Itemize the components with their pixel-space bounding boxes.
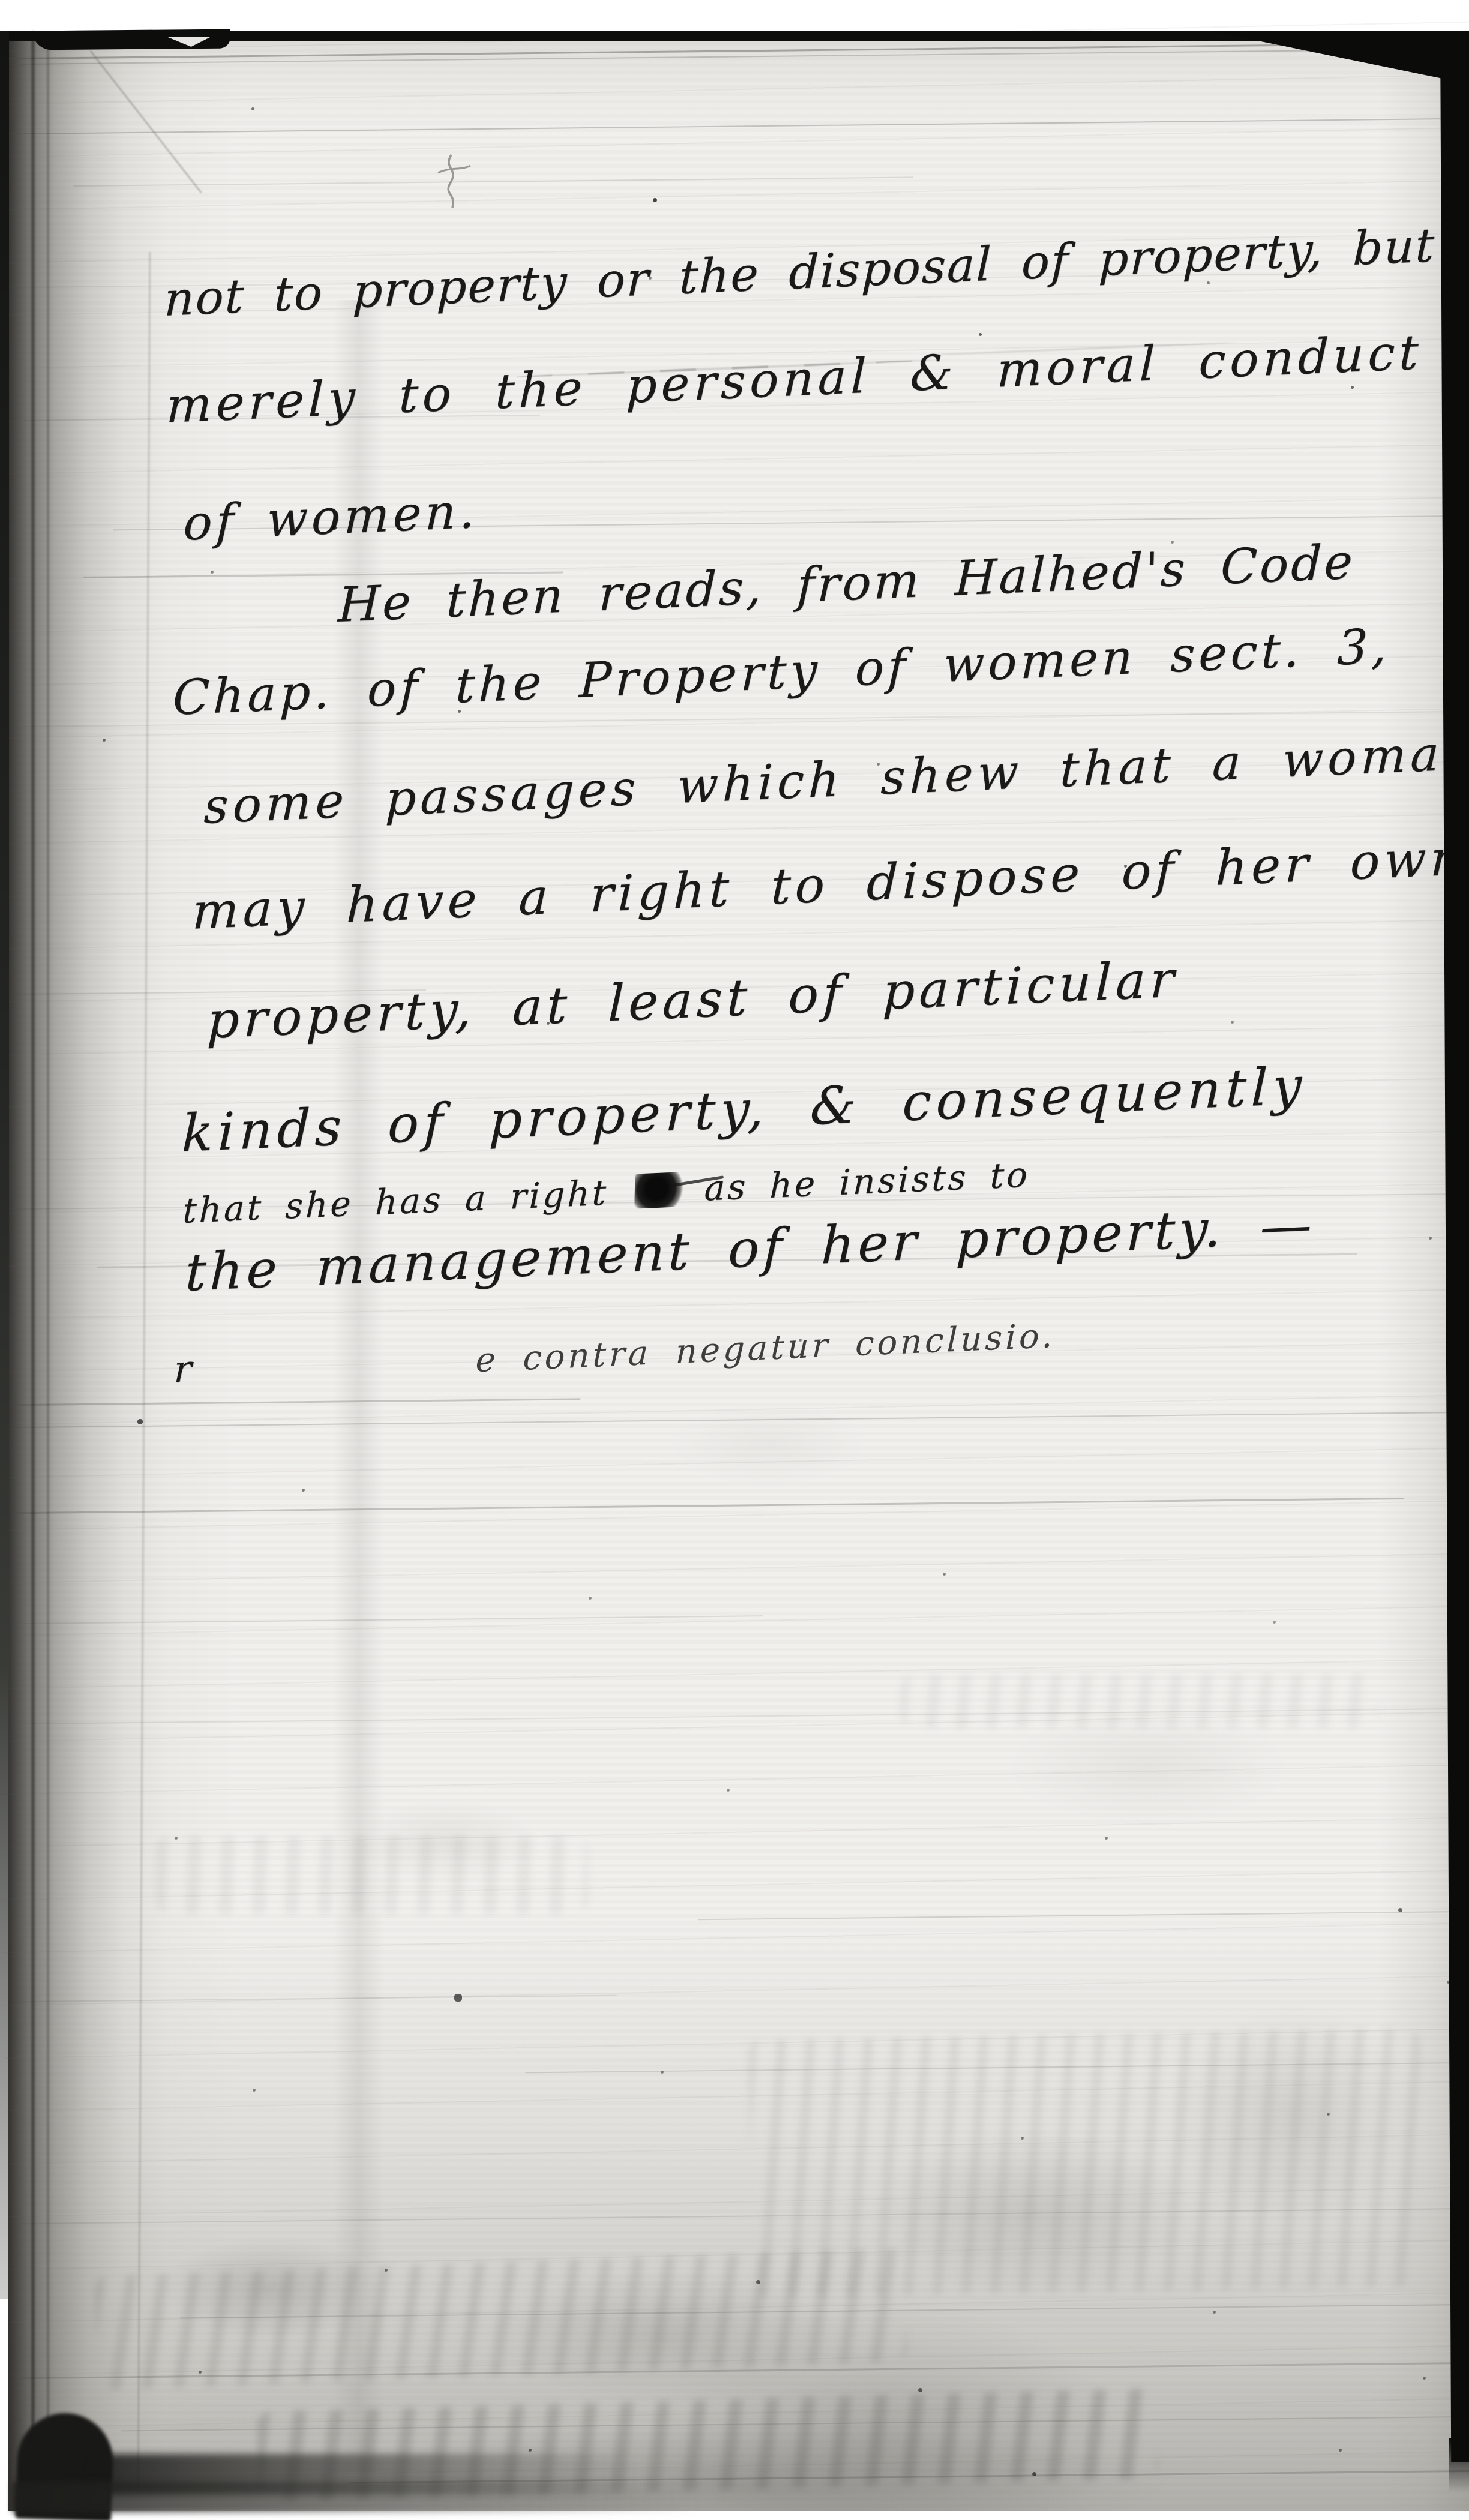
handwritten-phrase: as he insists to [704, 1157, 1030, 1205]
handwritten-line: property, at least of particular [206, 953, 1179, 1045]
handwritten-line: may have a right to dispose of her own [191, 833, 1467, 937]
scan-border-left [0, 31, 9, 2299]
handwritten-line: kinds of property, & consequently [181, 1060, 1307, 1160]
scanned-manuscript-page: not to property or the disposal of prope… [0, 0, 1469, 2520]
handwritten-line: merely to the personal & moral conduct [166, 328, 1423, 430]
handwritten-line: Chap. of the Property of women sect. 3, [172, 622, 1391, 722]
handwritten-phrase: that she has a right [182, 1175, 609, 1228]
ink-blot [634, 1172, 686, 1209]
handwritten-line: some passages which shew that a woman [203, 728, 1469, 831]
dust-specks [0, 0, 2, 2]
closing-note-latin: e contra negatur conclusio. [475, 1319, 1056, 1378]
handwritten-line: not to property or the disposal of prope… [164, 222, 1436, 323]
handwriting-block: not to property or the disposal of prope… [0, 0, 1469, 2518]
bottom-shadow-band [12, 2482, 702, 2513]
handwritten-line: of women. [183, 487, 479, 548]
scan-border-right-fade [1449, 2438, 1469, 2492]
handwritten-line: He then reads, from Halhed's Code [338, 538, 1356, 629]
margin-note: r [173, 1350, 192, 1388]
